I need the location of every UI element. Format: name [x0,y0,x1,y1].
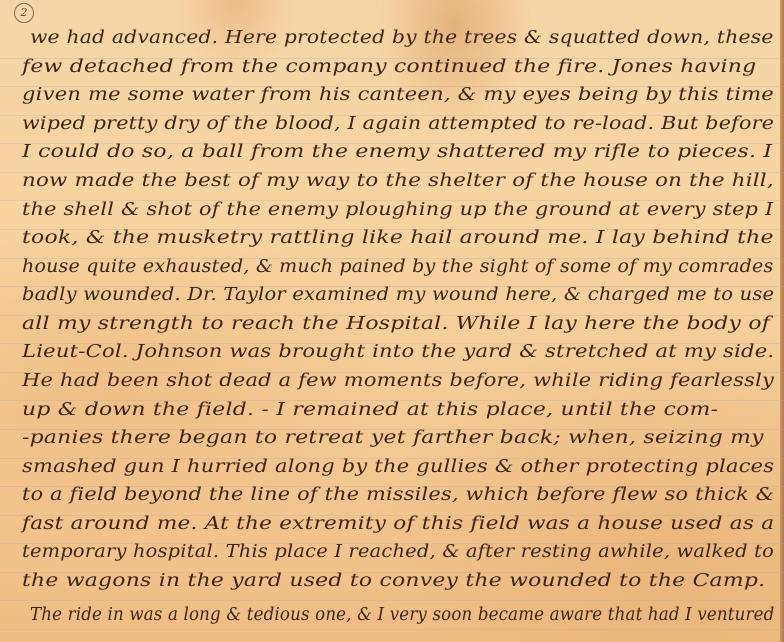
manuscript-line: the shell & shot of the enemy ploughing … [22,200,773,220]
manuscript-line: temporary hospital. This place I reached… [22,542,774,562]
page-edge [780,0,784,642]
manuscript-line: I could do so, a ball from the enemy sha… [22,142,772,162]
manuscript-line: took, & the musketry rattling like hail … [22,228,774,248]
manuscript-line: now made the best of my way to the shelt… [22,171,774,191]
manuscript-page: 2 we had advanced. Here protected by the… [0,0,784,642]
manuscript-line: house quite exhausted, & much pained by … [22,257,773,277]
manuscript-line: we had advanced. Here protected by the t… [30,28,774,48]
manuscript-line: the wagons in the yard used to convey th… [22,571,765,591]
manuscript-line: smashed gun I hurried along by the gulli… [22,457,774,477]
page-number: 2 [14,3,34,23]
manuscript-line: badly wounded. Dr. Taylor examined my wo… [22,285,774,305]
manuscript-line: few detached from the company continued … [22,57,756,77]
manuscript-line: given me some water from his canteen, & … [22,85,774,105]
ruled-line [0,629,784,630]
manuscript-line: -panies there began to retreat yet farth… [22,428,764,448]
manuscript-line: The ride in was a long & tedious one, & … [30,605,774,625]
manuscript-line: to a field beyond the line of the missil… [22,485,774,505]
manuscript-line: wiped pretty dry of the blood, I again a… [22,114,774,134]
manuscript-line: all my strength to reach the Hospital. W… [22,314,770,334]
manuscript-line: fast around me. At the extremity of this… [22,514,774,534]
manuscript-line: Lieut-Col. Johnson was brought into the … [22,342,774,362]
manuscript-line: He had been shot dead a few moments befo… [22,371,774,391]
ruled-line [0,600,784,601]
manuscript-line: up & down the field. - I remained at thi… [22,400,718,420]
